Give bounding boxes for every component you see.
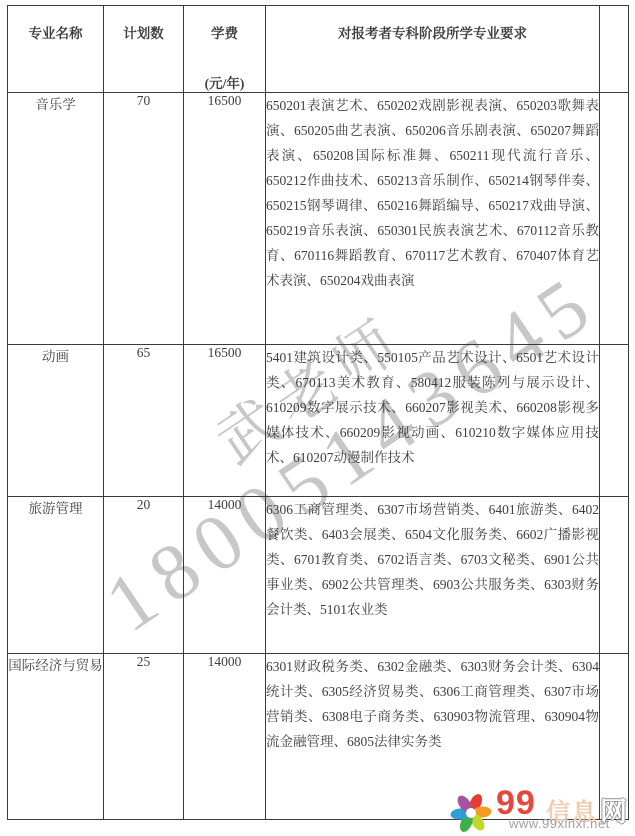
fee-cell: 14000 (184, 654, 266, 820)
header-fee-label: 学费 (211, 26, 238, 41)
header-fee-unit: (元/年) (184, 72, 265, 92)
pinwheel-icon (449, 791, 493, 835)
header-spacer (600, 6, 629, 93)
spacer-cell (600, 345, 629, 497)
header-plan: 计划数 (104, 6, 184, 93)
requirements-cell: 6306工商管理类、6307市场营销类、6401旅游类、6402餐饮类、6403… (266, 497, 600, 654)
table-row-music: 音乐学 70 16500 650201表演艺术、650202戏剧影视表演、650… (8, 93, 629, 345)
major-cell: 国际经济与贸易 (8, 654, 104, 820)
major-cell: 旅游管理 (8, 497, 104, 654)
header-requirements: 对报考者专科阶段所学专业要求 (266, 6, 600, 93)
requirements-cell: 5401建筑设计类、550105产品艺术设计、6501艺术设计类、670113美… (266, 345, 600, 497)
admission-table: 专业名称 计划数 学费(元/年) 对报考者专科阶段所学专业要求 音乐学 70 1… (7, 5, 629, 820)
spacer-cell (600, 93, 629, 345)
header-fee: 学费(元/年) (184, 6, 266, 93)
fee-cell: 16500 (184, 345, 266, 497)
requirements-cell: 650201表演艺术、650202戏剧影视表演、650203歌舞表演、65020… (266, 93, 600, 345)
spacer-cell (600, 497, 629, 654)
major-cell: 动画 (8, 345, 104, 497)
fee-cell: 16500 (184, 93, 266, 345)
logo-url: www.99xinxi.net (509, 816, 610, 831)
table-header-row: 专业名称 计划数 学费(元/年) 对报考者专科阶段所学专业要求 (8, 6, 629, 93)
header-major: 专业名称 (8, 6, 104, 93)
plan-cell: 70 (104, 93, 184, 345)
fee-cell: 14000 (184, 497, 266, 654)
site-logo: 99 信息 网 www.99xinxi.net (449, 790, 633, 836)
table-row-animation: 动画 65 16500 5401建筑设计类、550105产品艺术设计、6501艺… (8, 345, 629, 497)
page: 武老师 18005143645 专业名称 计划数 学费(元/年) 对报考者专科阶… (0, 0, 635, 836)
plan-cell: 25 (104, 654, 184, 820)
plan-cell: 20 (104, 497, 184, 654)
plan-cell: 65 (104, 345, 184, 497)
table-row-tourism: 旅游管理 20 14000 6306工商管理类、6307市场营销类、6401旅游… (8, 497, 629, 654)
major-cell: 音乐学 (8, 93, 104, 345)
